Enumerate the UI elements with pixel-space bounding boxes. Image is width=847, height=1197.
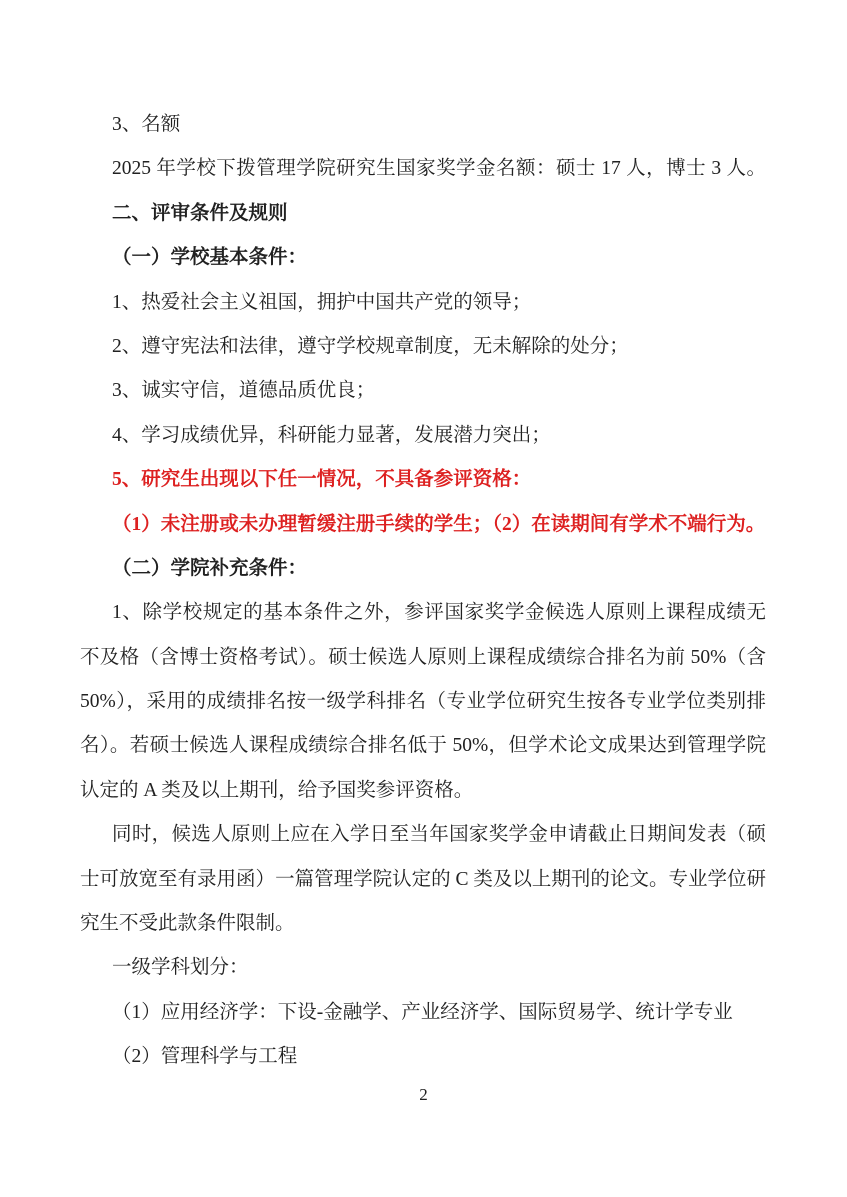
subsection-heading-college-supplementary-conditions: （二）学院补充条件： — [80, 547, 766, 591]
college-condition-1-line-3: 50%），采用的成绩排名按一级学科排名（专业学位研究生按各专业学位类别排 — [80, 680, 766, 724]
publication-requirement-line-1: 同时，候选人原则上应在入学日至当年国家奖学金申请截止日期间发表（硕 — [80, 813, 766, 857]
page-number: 2 — [0, 1082, 847, 1108]
section-heading-review-conditions: 二、评审条件及规则 — [80, 192, 766, 236]
discipline-item-applied-economics: （1）应用经济学：下设-金融学、产业经济学、国际贸易学、统计学专业 — [80, 991, 766, 1035]
school-condition-1: 1、热爱社会主义祖国，拥护中国共产党的领导； — [80, 281, 766, 325]
document-body: 3、名额 2025 年学校下拨管理学院研究生国家奖学金名额：硕士 17 人，博士… — [80, 103, 766, 1080]
publication-requirement-line-2: 士可放宽至有录用函）一篇管理学院认定的 C 类及以上期刊的论文。专业学位研 — [80, 858, 766, 902]
college-condition-1-line-4: 名）。若硕士候选人课程成绩综合排名低于 50%，但学术论文成果达到管理学院 — [80, 724, 766, 768]
school-condition-2: 2、遵守宪法和法律，遵守学校规章制度，无未解除的处分； — [80, 325, 766, 369]
college-condition-1-line-5: 认定的 A 类及以上期刊，给予国奖参评资格。 — [80, 769, 766, 813]
discipline-item-management-science: （2）管理科学与工程 — [80, 1035, 766, 1079]
school-condition-4: 4、学习成绩优异，科研能力显著，发展潜力突出； — [80, 414, 766, 458]
college-condition-1-line-2: 不及格（含博士资格考试）。硕士候选人原则上课程成绩综合排名为前 50%（含 — [80, 636, 766, 680]
document-page: 3、名额 2025 年学校下拨管理学院研究生国家奖学金名额：硕士 17 人，博士… — [0, 0, 847, 1197]
quota-heading: 3、名额 — [80, 103, 766, 147]
subsection-heading-school-basic-conditions: （一）学校基本条件： — [80, 236, 766, 280]
school-condition-3: 3、诚实守信，道德品质优良； — [80, 369, 766, 413]
college-condition-1-line-1: 1、除学校规定的基本条件之外，参评国家奖学金候选人原则上课程成绩无 — [80, 591, 766, 635]
publication-requirement-line-3: 究生不受此款条件限制。 — [80, 902, 766, 946]
discipline-division-heading: 一级学科划分： — [80, 946, 766, 990]
disqualification-cases: （1）未注册或未办理暂缓注册手续的学生；（2）在读期间有学术不端行为。 — [80, 503, 766, 547]
school-condition-5-disqualification: 5、研究生出现以下任一情况，不具备参评资格： — [80, 458, 766, 502]
quota-allocation-text: 2025 年学校下拨管理学院研究生国家奖学金名额：硕士 17 人，博士 3 人。 — [80, 147, 766, 191]
